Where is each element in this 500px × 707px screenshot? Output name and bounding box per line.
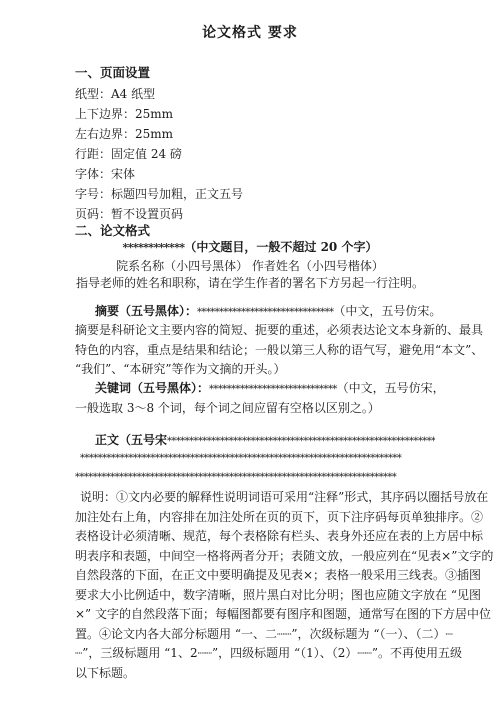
notes-line-3: 表格设计必须清晰、规范，每个表格除有栏头、表身外还应在表的上方居中标 [75,528,483,544]
document-page: 论文格式 要求 一、页面设置 纸型：A4 纸型 上下边界：25mm 左右边界：2… [0,0,500,707]
body-stars-2: ****************************************… [80,451,437,467]
notes-line-10: 以下标题。 [75,665,135,681]
notes-line-5: 自然段落的下面，在正文中要明确提及见表×；表格一般采用三线表。③插图 [75,567,481,583]
paper-title-placeholder: ************（中文题目，一般不超过 20 个字） [0,239,500,256]
notes-line-8: 置。④论文内各大部分标题用 “一、二┈┈”，次级标题为 “（一）、（二）┈ [75,626,453,642]
abstract-label: 摘要（五号黑体）： [95,304,197,318]
setting-paper-type: 纸型：A4 纸型 [75,86,155,102]
title-note: （中文题目，一般不超过 20 个字） [184,240,377,254]
notes-line-1: 说明：①文内必要的解释性说明词语可采用“注释”形式，其序码以圈括号放在 [80,489,488,505]
notes-line-2: 加注处右上角，内容排在加注处所在页的页下，页下注序码每页单独排序。② [75,509,483,525]
setting-page-number: 页码：暂不设置页码 [75,206,183,222]
setting-left-right-margin: 左右边界：25mm [75,126,173,142]
section-heading-paper-format: 二、论文格式 [75,223,150,239]
notes-line-4: 明表序和表题，中间空一格将两者分开；表随文放，一般应列在“见表×”文字的 [75,548,493,564]
setting-font-size: 字号：标题四号加粗，正文五号 [75,186,243,202]
setting-top-bottom-margin: 上下边界：25mm [75,106,173,122]
abstract-stars: ******************************* [197,307,333,318]
keywords-text-1: （中文，五号仿宋， [337,381,445,395]
body-stars-1: ****************************************… [167,436,435,447]
setting-font: 字体：宋体 [75,166,135,182]
keywords-stars: ***************************** [209,384,337,395]
title-stars: ************ [123,241,185,254]
abstract-line-2: 摘要是科研论文主要内容的简短、扼要的重述，必须表达论文本身新的、最具 [75,322,483,338]
notes-line-9: ┈”，三级标题用 “1、2┈┈”，四级标题用 “（1）、（2）┈┈”。不再使用五… [75,645,462,661]
keywords-line-1: 关键词（五号黑体）：*****************************（… [95,380,445,398]
section-heading-page-setup: 一、页面设置 [75,65,150,81]
abstract-line-4: “我们”、“本研究”等作为文摘的开头。） [75,361,286,377]
setting-line-spacing: 行距：固定值 24 磅 [75,146,182,162]
notes-line-6: 要求大小比例适中，数字清晰，照片黑白对比分明；图也应随文字放在 “见图 [75,587,481,603]
abstract-text-1: （中文，五号仿宋。 [333,304,441,318]
abstract-line-1: 摘要（五号黑体）：*******************************… [95,303,441,321]
affiliation-line: 院系名称（小四号黑体） 作者姓名（小四号楷体） [0,258,500,274]
notes-line-7: ×” 文字的自然段落下面；每幅图都要有图序和图题，通常写在图的下方居中位 [75,606,491,622]
keywords-line-2: 一般选取 3～8 个词，每个词之间应留有空格以区别之。） [75,400,380,416]
abstract-line-3: 特色的内容，重点是结果和结论；一般以第三人称的语气写，避免用“本文”、 [75,342,483,358]
advisor-note: 指导老师的姓名和职称，请在学生作者的署名下方另起一行注明。 [0,275,500,291]
body-label: 正文（五号宋 [95,433,167,447]
body-line-1: 正文（五号宋**********************************… [95,432,435,450]
body-stars-3: ****************************************… [75,470,437,486]
document-title: 论文格式 要求 [0,25,500,41]
keywords-label: 关键词（五号黑体）： [95,381,209,395]
